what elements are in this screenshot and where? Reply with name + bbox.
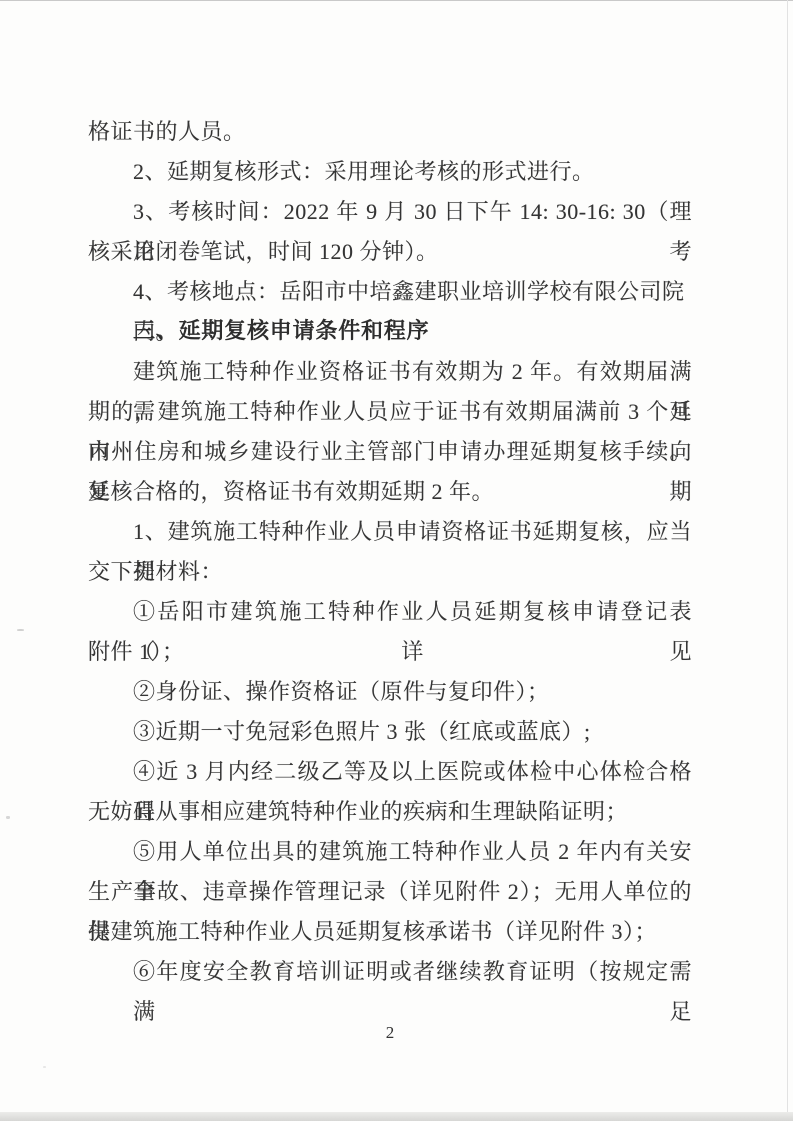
text-line: ⑤用人单位出具的建筑施工特种作业人员 2 年内有关安全 [88, 832, 692, 872]
scan-speck [43, 1066, 46, 1068]
text-line: 格证书的人员。 [88, 112, 692, 152]
scan-edge-bottom [0, 1112, 793, 1121]
section-heading: 三、延期复核申请条件和程序 [88, 312, 692, 352]
text-line: 1、建筑施工特种作业人员申请资格证书延期复核，应当提 [88, 512, 692, 552]
text-line: 交下列材料： [88, 552, 692, 592]
text-line: ①岳阳市建筑施工特种作业人员延期复核申请登记表（详见 [88, 592, 692, 632]
scan-edge-right [787, 0, 788, 1121]
text-line: ④近 3 月内经二级乙等及以上医院或体检中心体检合格且 [88, 752, 692, 792]
text-line: 市州住房和城乡建设行业主管部门申请办理延期复核手续。延期 [88, 432, 692, 472]
text-line: ②身份证、操作资格证（原件与复印件）； [88, 672, 692, 712]
scan-edge-top [0, 0, 793, 1]
text-line: 3、考核时间：2022 年 9 月 30 日下午 14: 30-16: 30（理… [88, 192, 692, 232]
scan-speck [17, 629, 24, 631]
text-line: 无妨碍从事相应建筑特种作业的疾病和生理缺陷证明； [88, 792, 692, 832]
text-line: 生产事故、违章操作管理记录（详见附件 2）；无用人单位的提 [88, 872, 692, 912]
text-line: ③近期一寸免冠彩色照片 3 张（红底或蓝底）; [88, 712, 692, 752]
text-line: 期的，建筑施工特种作业人员应于证书有效期届满前 3 个月内向 [88, 392, 692, 432]
scan-speck [6, 816, 10, 819]
text-line: 4、考核地点：岳阳市中培鑫建职业培训学校有限公司院内。 [88, 272, 692, 312]
text-line: 2、延期复核形式：采用理论考核的形式进行。 [88, 152, 692, 192]
document-body: 格证书的人员。 2、延期复核形式：采用理论考核的形式进行。 3、考核时间：202… [88, 112, 692, 992]
text-line: ⑥年度安全教育培训证明或者继续教育证明（按规定需满足 [88, 952, 692, 992]
page-number: 2 [88, 1022, 692, 1044]
text-line: 供建筑施工特种作业人员延期复核承诺书（详见附件 3）； [88, 912, 692, 952]
text-line: 建筑施工特种作业资格证书有效期为 2 年。有效期届满需延 [88, 352, 692, 392]
